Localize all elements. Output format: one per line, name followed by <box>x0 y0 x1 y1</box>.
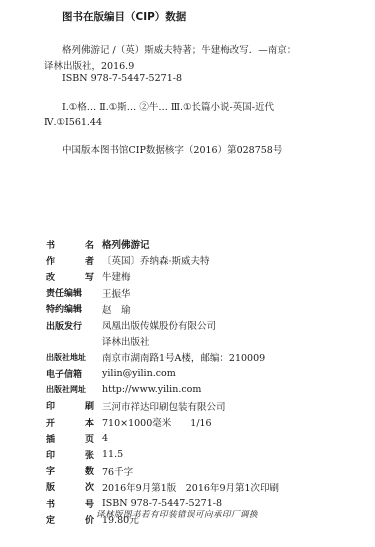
colophon-row: 开本710×1000毫米 1/16 <box>46 414 279 430</box>
colophon-row: 特约编辑赵 瑜 <box>46 301 279 317</box>
label-char: 特约编辑 <box>46 302 82 315</box>
colophon-value: 三河市祥达印刷包装有限公司 <box>102 399 226 413</box>
colophon-value: 格列佛游记 <box>102 237 150 251</box>
label-char: 张 <box>85 448 94 461</box>
label-char: 开 <box>46 416 55 429</box>
colophon-row: 作者〔英国〕乔纳森·斯威夫特 <box>46 252 279 268</box>
colophon-label: 版次 <box>46 480 94 493</box>
colophon-value: 11.5 <box>102 449 123 460</box>
colophon-value: http://www.yilin.com <box>102 384 201 395</box>
colophon-row: 出版发行凤凰出版传媒股份有限公司 <box>46 317 279 333</box>
colophon-label: 开本 <box>46 416 94 429</box>
colophon-label: 印张 <box>46 448 94 461</box>
colophon-value: yilin@yilin.com <box>102 368 176 379</box>
colophon-label: 印刷 <box>46 399 94 412</box>
label-char: 印 <box>46 448 55 461</box>
colophon-value: 76千字 <box>102 464 133 478</box>
label-char: 出版社地址 <box>46 352 86 363</box>
colophon-value: 译林出版社 <box>102 334 150 348</box>
colophon-value: ISBN 978-7-5447-5271-8 <box>102 498 222 509</box>
colophon-label: 出版社网址 <box>46 384 94 395</box>
colophon-value: 南京市湖南路1号A楼，邮编：210009 <box>102 350 265 364</box>
colophon-row: 出版社地址南京市湖南路1号A楼，邮编：210009 <box>46 349 279 365</box>
colophon-row: 改写牛建梅 <box>46 268 279 284</box>
footer-note: 译林版图书若有印装错误可向承印厂调换 <box>96 508 258 520</box>
colophon-row: 插页4 <box>46 430 279 446</box>
cip-title: 图书在版编目（CIP）数据 <box>62 9 186 24</box>
colophon-value: 赵 瑜 <box>102 302 131 316</box>
colophon-row: 责任编辑王振华 <box>46 285 279 301</box>
cip-isbn: ISBN 978-7-5447-5271-8 <box>62 73 182 84</box>
label-char: 写 <box>85 270 94 283</box>
label-char: 字 <box>46 464 55 477</box>
colophon-value: 〔英国〕乔纳森·斯威夫特 <box>102 253 210 267</box>
label-char: 价 <box>85 513 94 526</box>
cip-classification: Ⅰ.①格… Ⅱ.①斯… ②牛… Ⅲ.①长篇小说-英国-近代 <box>62 99 274 113</box>
colophon-row: 版次2016年9月第1版 2016年9月第1次印刷 <box>46 479 279 495</box>
label-char: 书 <box>46 497 55 510</box>
colophon-row: 印张11.5 <box>46 446 279 462</box>
colophon-value: 牛建梅 <box>102 269 131 283</box>
colophon-value: 2016年9月第1版 2016年9月第1次印刷 <box>102 480 279 494</box>
colophon-label: 责任编辑 <box>46 286 94 299</box>
colophon-label: 插页 <box>46 432 94 445</box>
label-char: 改 <box>46 270 55 283</box>
colophon-value: 王振华 <box>102 286 131 300</box>
label-char: 者 <box>85 254 94 267</box>
label-char: 出版社网址 <box>46 384 86 395</box>
label-char: 印 <box>46 399 55 412</box>
colophon-row: 字数76千字 <box>46 463 279 479</box>
colophon-label: 书名 <box>46 238 94 251</box>
colophon-value: 凤凰出版传媒股份有限公司 <box>102 318 216 332</box>
colophon-row: 印刷三河市祥达印刷包装有限公司 <box>46 398 279 414</box>
label-char: 号 <box>85 497 94 510</box>
label-char: 电子信箱 <box>46 367 82 380</box>
label-char: 插 <box>46 432 55 445</box>
label-char: 作 <box>46 254 55 267</box>
cip-verification: 中国版本图书馆CIP数据核字（2016）第028758号 <box>62 142 282 156</box>
label-char: 数 <box>85 464 94 477</box>
colophon-label: 出版社地址 <box>46 352 94 363</box>
colophon-row: 书名格列佛游记 <box>46 236 279 252</box>
colophon-label: 书号 <box>46 497 94 510</box>
colophon-label: 定价 <box>46 513 94 526</box>
cip-line-2: 译林出版社，2016.9 <box>44 58 134 72</box>
label-char: 次 <box>85 480 94 493</box>
colophon-label: 改写 <box>46 270 94 283</box>
colophon-row: 出版社网址http://www.yilin.com <box>46 382 279 398</box>
label-char: 版 <box>46 480 55 493</box>
colophon-label: 出版发行 <box>46 319 94 332</box>
colophon-label: 作者 <box>46 254 94 267</box>
cip-line-1: 格列佛游记 /（英）斯威夫特著；牛建梅改写．—南京： <box>62 42 296 56</box>
label-char: 名 <box>85 238 94 251</box>
label-char: 本 <box>85 416 94 429</box>
label-char: 刷 <box>85 399 94 412</box>
colophon-table: 书名格列佛游记作者〔英国〕乔纳森·斯威夫特改写牛建梅责任编辑王振华特约编辑赵 瑜… <box>46 236 279 527</box>
colophon-value: 4 <box>102 433 108 444</box>
label-char: 书 <box>46 238 55 251</box>
colophon-row: 译林出版社 <box>46 333 279 349</box>
label-char: 出版发行 <box>46 319 82 332</box>
label-char: 页 <box>85 432 94 445</box>
colophon-value: 710×1000毫米 1/16 <box>102 415 212 429</box>
cip-classification-2: Ⅳ.①I561.44 <box>44 117 102 128</box>
colophon-label: 特约编辑 <box>46 302 94 315</box>
colophon-label: 字数 <box>46 464 94 477</box>
colophon-row: 电子信箱yilin@yilin.com <box>46 366 279 382</box>
label-char: 定 <box>46 513 55 526</box>
colophon-label: 电子信箱 <box>46 367 94 380</box>
label-char: 责任编辑 <box>46 286 82 299</box>
